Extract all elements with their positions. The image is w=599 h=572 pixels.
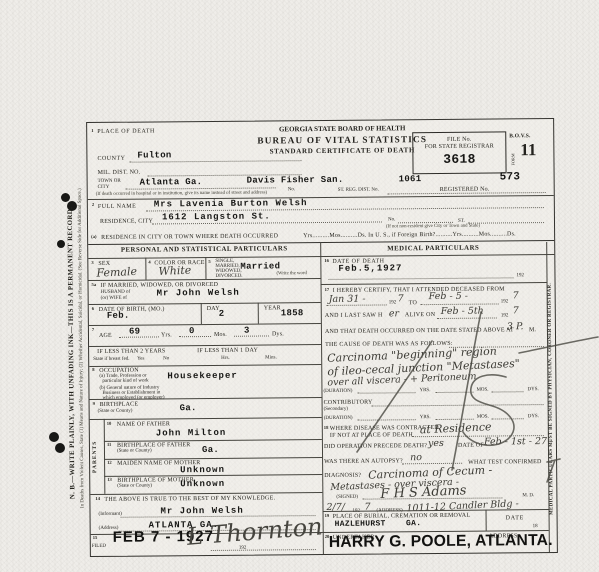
scrawl-stroke (463, 375, 514, 445)
scrawl-stroke (452, 312, 481, 470)
scrawl-stroke (357, 341, 432, 452)
scrawl-stroke (519, 337, 598, 353)
scanned-death-certificate: N. B.—WRITE PLAINLY, WITH UNFADING INK—T… (0, 0, 599, 572)
handwriting-scrawl (0, 0, 599, 572)
scrawl-stroke (547, 459, 560, 482)
